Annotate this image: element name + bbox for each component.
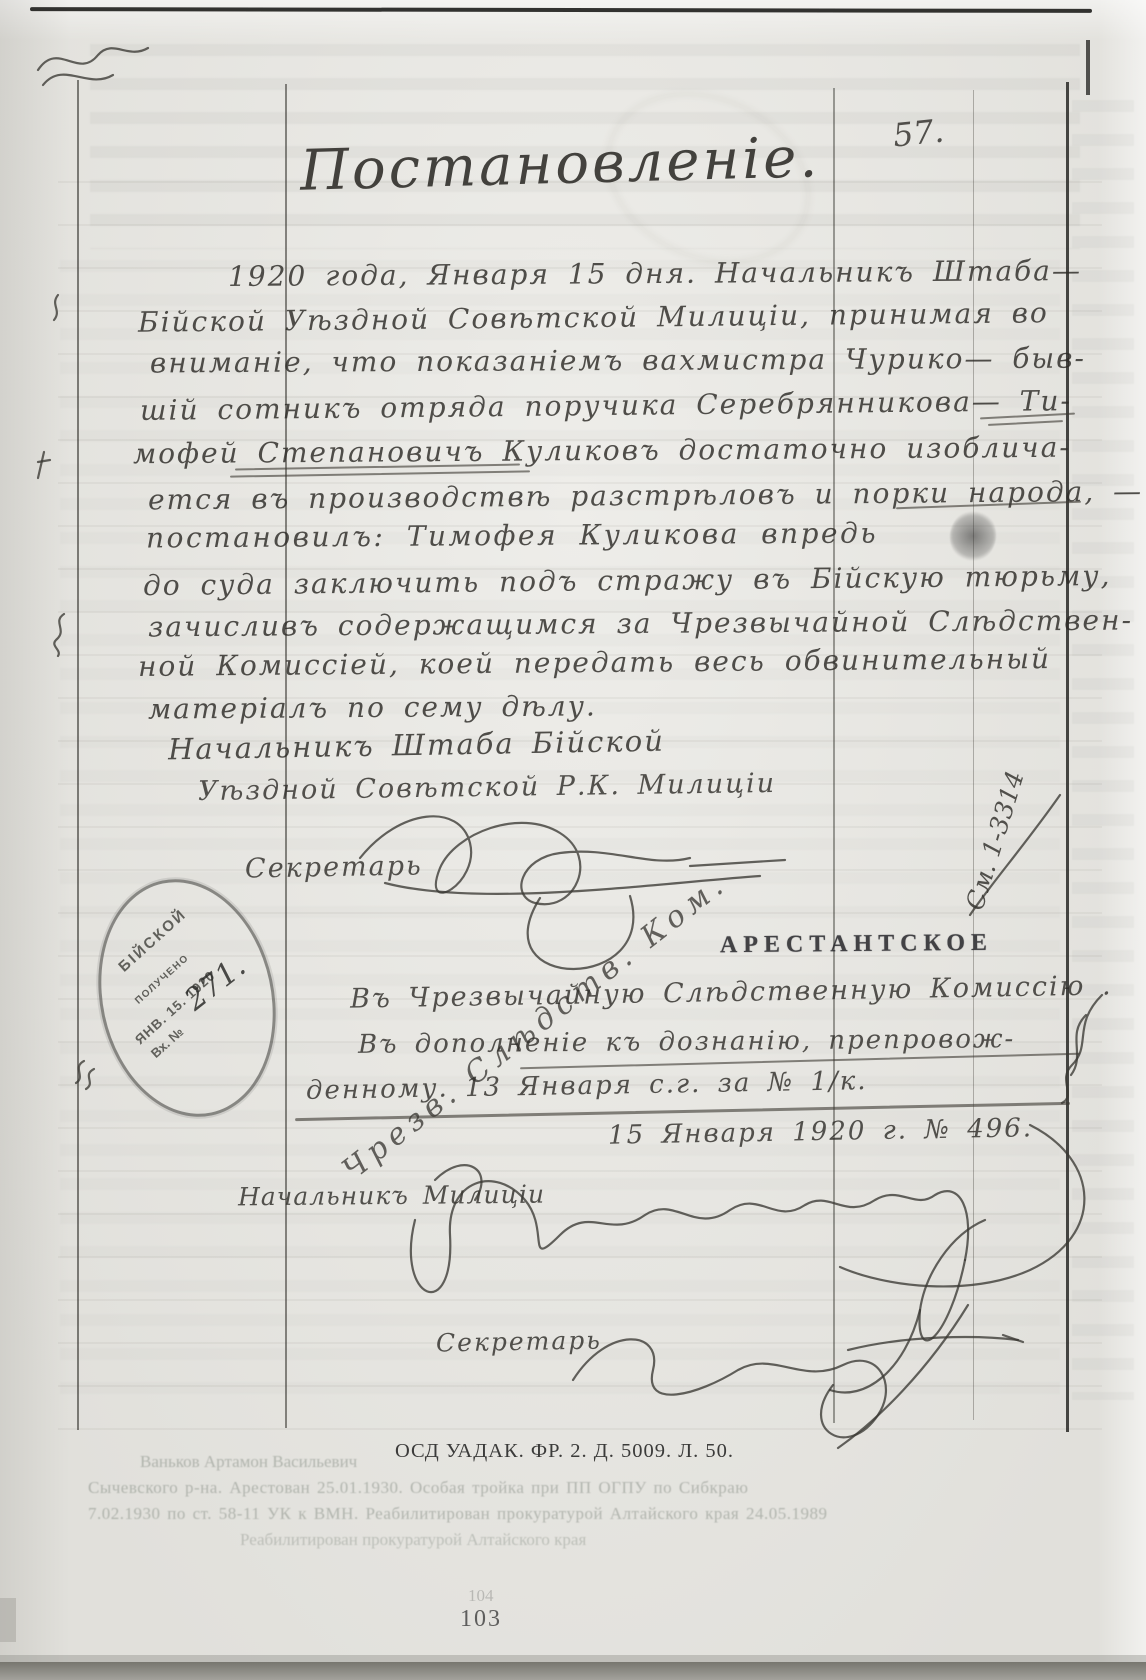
body-line: 1920 года, Января 15 дня. Начальникъ Шта… [228, 254, 1082, 293]
forwarding-line: Въ Чрезвычайную Слѣдственную Комиссію . [350, 970, 1113, 1014]
body-line: постановилъ: Тимофея Куликова впредь [146, 516, 878, 554]
bleed-through-line: Реабилитирован прокуратурой Алтайского к… [240, 1530, 586, 1550]
chief-of-staff-line: Начальникъ Штаба Бійской [168, 724, 665, 767]
margin-mark-icon [52, 610, 82, 660]
margin-mark-icon [36, 450, 66, 490]
top-frame-line [30, 7, 1092, 13]
forwarding-line: денному. 13 Января с.г. за № 1/к. [306, 1066, 868, 1106]
document-title: Постановленіе. [299, 125, 821, 204]
body-line: до суда заключить подъ стражу въ Бійскую… [143, 559, 1112, 602]
body-line: ется въ производствѣ разстрѣловъ и порки… [148, 475, 1143, 517]
body-line: матеріалъ по сему дѣлу. [148, 689, 597, 725]
bleed-through-line: Ваньков Артамон Васильевич [140, 1452, 357, 1472]
bottom-edge-shadow [0, 1655, 1146, 1662]
ink-blot [946, 506, 1000, 565]
received-stamp: БІЙСКОЙ ПОЛУЧЕНО ЯНВ. 15. 1920 Вх. № 271… [86, 870, 286, 1122]
arrest-stamp-text: АРЕСТАНТСКОЕ [720, 930, 993, 959]
margin-mark-icon [48, 290, 78, 330]
body-line: зачисливъ содержащимся за Чрезвычайной С… [148, 604, 1133, 644]
ghost-page-number: 104 [468, 1586, 494, 1606]
folio-number: 57. [891, 111, 946, 154]
margin-reference-slash [965, 790, 1075, 920]
underline-mark [230, 470, 530, 477]
body-line: ной Комиссіей, коей передать весь обвини… [138, 642, 1051, 683]
body-line: Бійской Уѣздной Совѣтской Милиціи, прини… [138, 296, 1049, 339]
body-line: шій сотникъ отряда поручика Серебряннико… [140, 384, 1072, 427]
bottom-scan-band [0, 1662, 1146, 1680]
margin-squiggle-icon [1042, 985, 1122, 1105]
scanned-document-page: 57. Постановленіе. 1920 года, Января 15 … [0, 0, 1146, 1680]
archive-reference-caption: ОСД УАДАК. ФР. 2. Д. 5009. Л. 50. [395, 1440, 734, 1463]
body-line: вниманіе, что показаніемъ вахмистра Чури… [150, 342, 1086, 380]
bleed-through-line: 7.02.1930 по ст. 58-11 УК к ВМН. Реабили… [88, 1504, 827, 1524]
page-number: 103 [460, 1606, 502, 1633]
scan-edge-patch [0, 1598, 16, 1642]
right-edge-mark [1086, 40, 1090, 95]
corner-scribble-icon [28, 30, 158, 100]
bleed-through-line: Сычевского р-на. Арестован 25.01.1930. О… [88, 1478, 749, 1498]
body-line: мофей Степановичъ Куликовъ достаточно из… [133, 431, 1071, 471]
ruled-line-1 [77, 80, 79, 1430]
secretary-signature-stroke [548, 1290, 1068, 1465]
underline-mark [988, 420, 1063, 426]
forwarding-line: Въ дополненіе къ дознанію, препровож- [358, 1024, 1016, 1060]
secretary-signature-stroke [330, 788, 800, 948]
